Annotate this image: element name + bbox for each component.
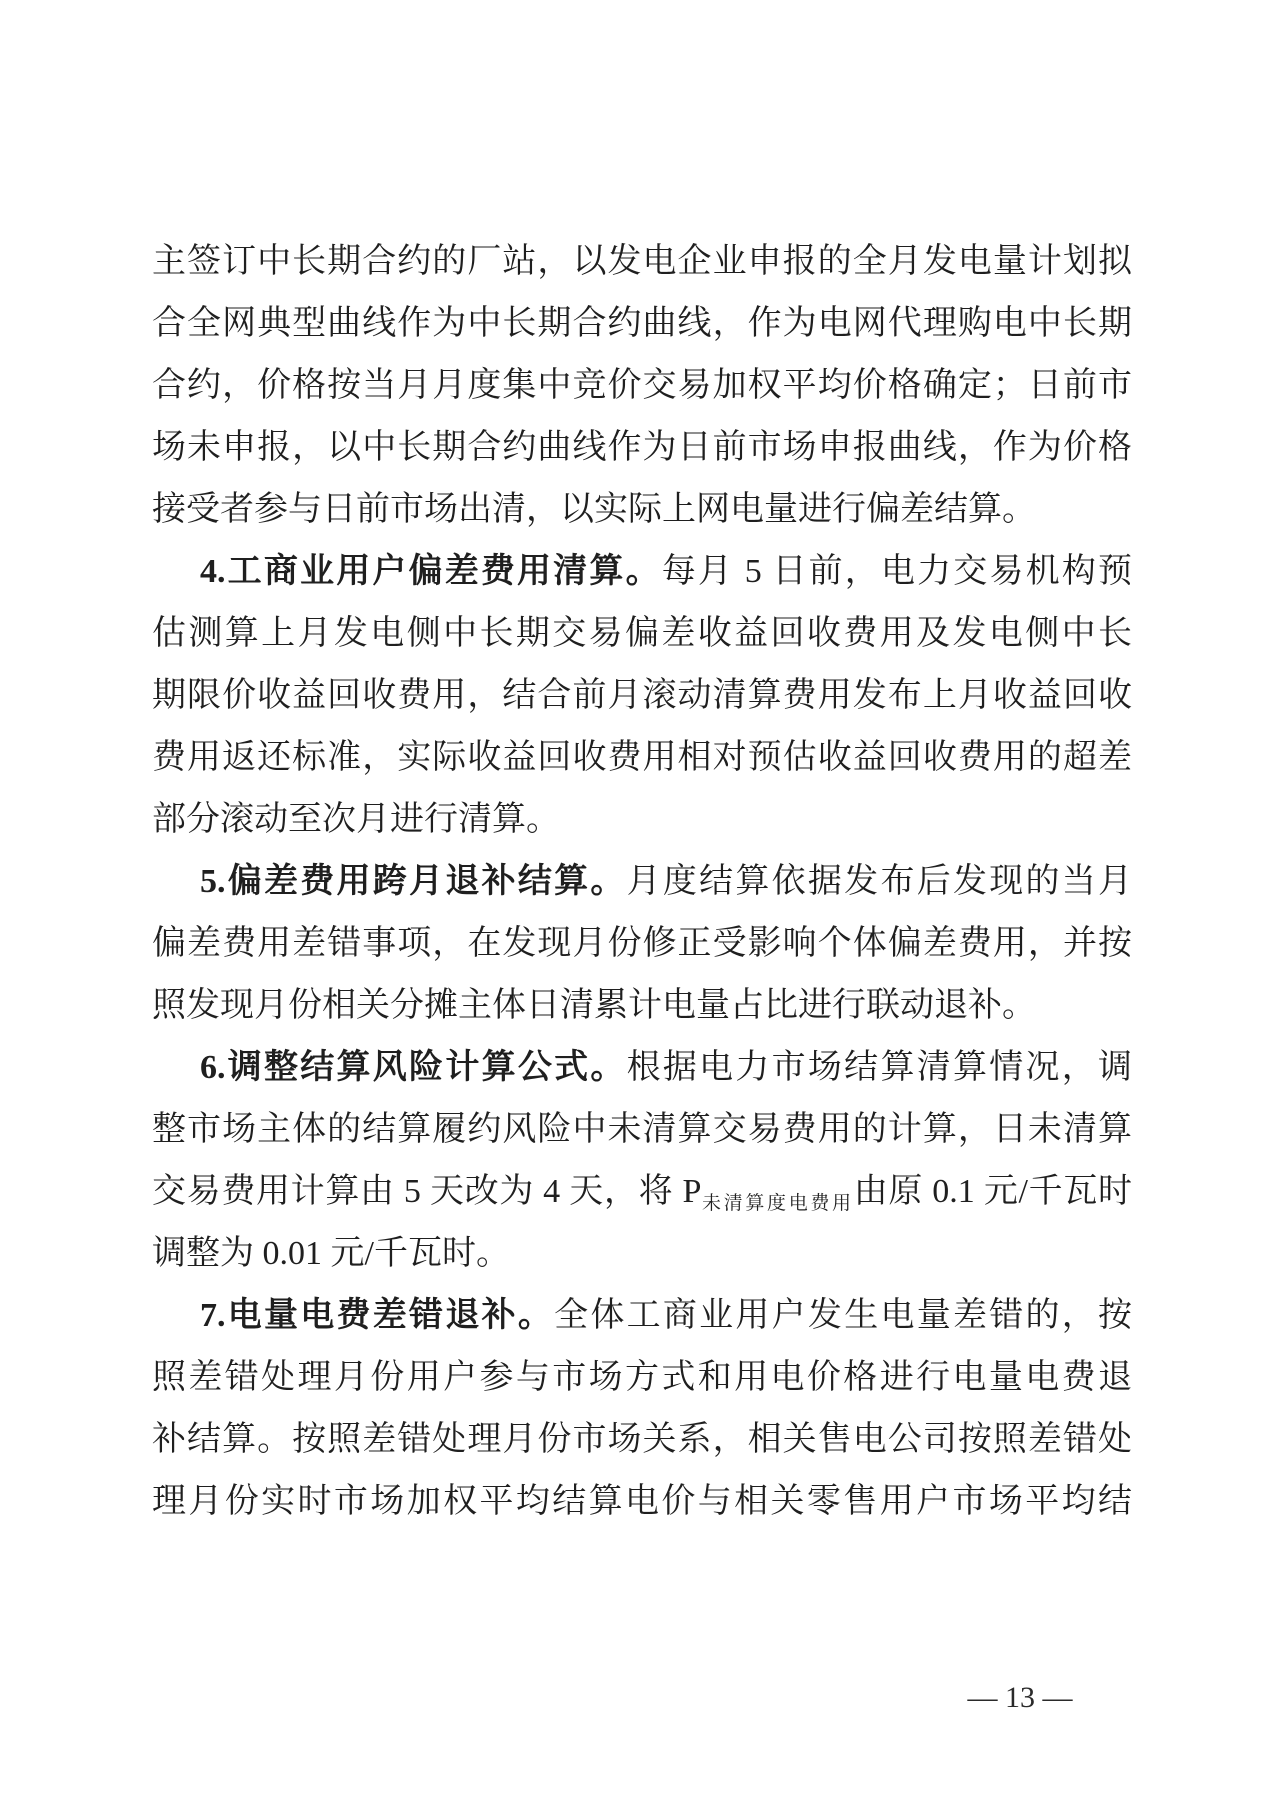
text-line: 费用返还标准，实际收益回收费用相对预估收益回收费用的超差: [152, 727, 1132, 789]
text-line: 场未申报，以中长期合约曲线作为日前市场申报曲线，作为价格: [152, 417, 1132, 479]
text-line: 合全网典型曲线作为中长期合约曲线，作为电网代理购电中长期: [152, 293, 1132, 355]
document-body: 主签订中长期合约的厂站，以发电企业申报的全月发电量计划拟合全网典型曲线作为中长期…: [152, 231, 1132, 1533]
text-line: 整市场主体的结算履约风险中未清算交易费用的计算，日未清算: [152, 1099, 1132, 1161]
text-line: 照发现月份相关分摊主体日清累计电量占比进行联动退补。: [152, 975, 1132, 1037]
body-text: 主签订中长期合约的厂站，以发电企业申报的全月发电量计划拟: [152, 243, 1132, 280]
body-text: 部分滚动至次月进行清算。: [152, 801, 560, 838]
text-line: 5.偏差费用跨月退补结算。月度结算依据发布后发现的当月: [152, 851, 1132, 913]
text-line: 交易费用计算由 5 天改为 4 天，将 P未清算度电费用由原 0.1 元/千瓦时: [152, 1161, 1132, 1223]
text-line: 合约，价格按当月月度集中竞价交易加权平均价格确定；日前市: [152, 355, 1132, 417]
body-text: 调整为 0.01 元/千瓦时。: [152, 1235, 510, 1272]
body-text: 整市场主体的结算履约风险中未清算交易费用的计算，日未清算: [152, 1111, 1132, 1148]
page-number: — 13 —: [940, 1676, 1100, 1720]
text-line: 补结算。按照差错处理月份市场关系，相关售电公司按照差错处: [152, 1409, 1132, 1471]
text-line: 部分滚动至次月进行清算。: [152, 789, 1132, 851]
body-text: 场未申报，以中长期合约曲线作为日前市场申报曲线，作为价格: [152, 429, 1132, 466]
body-text: 全体工商业用户发生电量差错的，按: [554, 1297, 1132, 1334]
body-text: 月度结算依据发布后发现的当月: [627, 863, 1132, 900]
body-text: 补结算。按照差错处理月份市场关系，相关售电公司按照差错处: [152, 1421, 1132, 1458]
text-line: 理月份实时市场加权平均结算电价与相关零售用户市场平均结: [152, 1471, 1132, 1533]
text-line: 7.电量电费差错退补。全体工商业用户发生电量差错的，按: [152, 1285, 1132, 1347]
heading-text: 5.偏差费用跨月退补结算。: [200, 863, 627, 900]
body-text: 照差错处理月份用户参与市场方式和用电价格进行电量电费退: [152, 1359, 1132, 1396]
text-line: 接受者参与日前市场出清，以实际上网电量进行偏差结算。: [152, 479, 1132, 541]
body-text: 由原 0.1 元/千瓦时: [854, 1173, 1132, 1210]
body-text: 估测算上月发电侧中长期交易偏差收益回收费用及发电侧中长: [152, 615, 1132, 652]
text-line: 估测算上月发电侧中长期交易偏差收益回收费用及发电侧中长: [152, 603, 1132, 665]
body-text: 交易费用计算由 5 天改为 4 天，将 P: [152, 1173, 701, 1210]
text-line: 期限价收益回收费用，结合前月滚动清算费用发布上月收益回收: [152, 665, 1132, 727]
body-text: 根据电力市场结算清算情况，调: [627, 1049, 1132, 1086]
body-text: 照发现月份相关分摊主体日清累计电量占比进行联动退补。: [152, 987, 1036, 1024]
document-page: 主签订中长期合约的厂站，以发电企业申报的全月发电量计划拟合全网典型曲线作为中长期…: [0, 0, 1280, 1810]
text-line: 主签订中长期合约的厂站，以发电企业申报的全月发电量计划拟: [152, 231, 1132, 293]
body-text: 费用返还标准，实际收益回收费用相对预估收益回收费用的超差: [152, 739, 1132, 776]
text-line: 调整为 0.01 元/千瓦时。: [152, 1223, 1132, 1285]
body-text: 偏差费用差错事项，在发现月份修正受影响个体偏差费用，并按: [152, 925, 1132, 962]
heading-text: 7.电量电费差错退补。: [200, 1297, 554, 1334]
body-text: 每月 5 日前，电力交易机构预: [662, 553, 1132, 590]
text-line: 偏差费用差错事项，在发现月份修正受影响个体偏差费用，并按: [152, 913, 1132, 975]
body-text: 接受者参与日前市场出清，以实际上网电量进行偏差结算。: [152, 491, 1036, 528]
body-text: 合约，价格按当月月度集中竞价交易加权平均价格确定；日前市: [152, 367, 1132, 404]
text-line: 照差错处理月份用户参与市场方式和用电价格进行电量电费退: [152, 1347, 1132, 1409]
subscript-text: 未清算度电费用: [701, 1193, 853, 1214]
body-text: 合全网典型曲线作为中长期合约曲线，作为电网代理购电中长期: [152, 305, 1132, 342]
body-text: 期限价收益回收费用，结合前月滚动清算费用发布上月收益回收: [152, 677, 1132, 714]
heading-text: 6.调整结算风险计算公式。: [200, 1049, 627, 1086]
body-text: 理月份实时市场加权平均结算电价与相关零售用户市场平均结: [152, 1483, 1132, 1520]
text-line: 4.工商业用户偏差费用清算。每月 5 日前，电力交易机构预: [152, 541, 1132, 603]
heading-text: 4.工商业用户偏差费用清算。: [200, 553, 662, 590]
text-line: 6.调整结算风险计算公式。根据电力市场结算清算情况，调: [152, 1037, 1132, 1099]
